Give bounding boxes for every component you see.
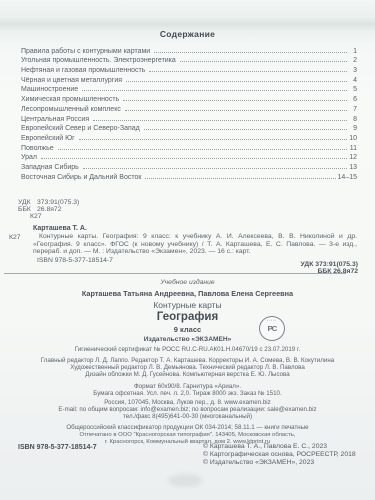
toc-item-page: 9 — [349, 125, 357, 132]
toc-leader-dots — [149, 70, 347, 72]
toc-item-label: Поволжье — [21, 145, 56, 152]
printed-line: Отпечатано в ООО "Красногорская типограф… — [0, 432, 375, 439]
toc-item-label: Лесопромышленный комплекс — [21, 106, 123, 113]
toc-item-label: Восточная Сибирь и Дальний Восток — [21, 174, 143, 181]
toc-row: Машиностроение5 — [21, 84, 357, 94]
copyright-line: © Картографическая основа, РОСРЕЕСТР, 20… — [203, 451, 356, 459]
address-line: E-mail: по общим вопросам: info@examen.b… — [0, 406, 375, 413]
toc-item-page: 10 — [349, 135, 357, 142]
footer-isbn: ISBN 978-5-377-18514-7 — [18, 444, 97, 451]
toc-item-page: 13 — [349, 164, 357, 171]
udk-right-line: УДК 373:91(075.3) — [301, 261, 358, 268]
toc-row: Чёрная и цветная металлургия4 — [21, 74, 357, 84]
toc-row: Угольная промышленность. Электроэнергети… — [21, 55, 357, 65]
toc-item-page: 6 — [349, 96, 357, 103]
format-line: Формат 60х90/8. Гарнитура «Ариал». — [0, 383, 375, 390]
toc-title: Содержание — [0, 29, 375, 39]
publisher-name: Издательство «ЭКЗАМЕН» — [0, 336, 375, 343]
udk-value: 373:91(075.3) — [37, 199, 79, 206]
copyright-block: © Карташева Т. А., Павлова Е. С., 2023 ©… — [203, 443, 356, 467]
toc-item-page: 1 — [349, 48, 357, 55]
edition-grade: 9 класс — [0, 325, 375, 334]
toc-item-page: 12 — [349, 154, 357, 161]
toc-row: Восточная Сибирь и Дальний Восток14–15 — [21, 171, 357, 181]
udk-label: УДК — [18, 199, 37, 206]
toc-leader-dots — [180, 60, 347, 62]
stamp-letters: РС — [268, 324, 277, 333]
scan-smudge-artifact — [168, 474, 202, 487]
staff-credits: Главный редактор Л. Д. Лаппо. Редактор Т… — [0, 357, 375, 379]
toc-item-page: 7 — [349, 106, 357, 113]
toc-row: Лесопромышленный комплекс7 — [21, 103, 357, 113]
toc-item-label: Западная Сибирь — [21, 164, 81, 171]
toc-item-page: 11 — [349, 145, 357, 152]
address-line: Россия, 107045, Москва, Луков пер., д. 8… — [0, 399, 375, 406]
toc-row: Центральная Россия8 — [21, 113, 357, 123]
toc-item-label: Нефтяная и газовая промышленность — [21, 67, 147, 74]
toc-leader-dots — [144, 128, 347, 130]
scanned-book-imprint-page: { "toc": { "title": "Содержание", "items… — [0, 0, 375, 500]
toc-leader-dots — [123, 99, 347, 101]
toc-row: Правила работы с контурными картами1 — [21, 45, 357, 55]
bib-author-heading: Карташева Т. А. — [33, 225, 87, 232]
table-of-contents: Правила работы с контурными картами1 Уго… — [21, 45, 357, 181]
toc-item-page: 5 — [349, 86, 357, 93]
bib-isbn: ISBN 978-5-377-18514-7 — [37, 257, 113, 264]
format-info: Формат 60х90/8. Гарнитура «Ариал». Бумаг… — [0, 383, 375, 397]
edition-type: Учебное издание — [0, 279, 375, 286]
toc-leader-dots — [93, 119, 347, 121]
bbk-label: ББК — [18, 206, 37, 213]
toc-leader-dots — [154, 51, 347, 53]
toc-leader-dots — [41, 157, 347, 159]
bbk-value: 26.8я72 — [37, 206, 61, 213]
staff-line: Художественный редактор Л. В. Демьянова.… — [0, 364, 375, 371]
address-line: тел./факс 8(495)641-00-30 (многоканальны… — [0, 413, 375, 420]
toc-item-label: Химическая промышленность — [21, 96, 121, 103]
toc-row: Урал12 — [21, 152, 357, 162]
edition-main-title: География — [0, 311, 375, 323]
bib-description: Контурные карты. География: 9 класс: к у… — [33, 233, 357, 256]
toc-item-label: Машиностроение — [21, 86, 80, 93]
toc-item-label: Угольная промышленность. Электроэнергети… — [21, 57, 178, 64]
toc-row: Европейский Юг10 — [21, 132, 357, 142]
toc-leader-dots — [126, 80, 347, 82]
edition-authors: Карташева Татьяна Андреевна, Павлова Еле… — [0, 289, 375, 298]
toc-item-label: Правила работы с контурными картами — [21, 48, 152, 55]
toc-leader-dots — [58, 148, 347, 150]
publisher-address: Россия, 107045, Москва, Луков пер., д. 8… — [0, 399, 375, 421]
toc-item-label: Урал — [21, 154, 39, 161]
stamp-arc-decoration: ••••• — [260, 318, 284, 322]
toc-row: Нефтяная и газовая промышленность3 — [21, 64, 357, 74]
toc-item-page: 4 — [349, 77, 357, 84]
toc-row: Европейский Север и Северо-Запад9 — [21, 123, 357, 133]
toc-item-page: 14–15 — [338, 174, 357, 181]
product-classifier-line: Общероссийский классификатор продукции О… — [0, 424, 375, 431]
toc-leader-dots — [145, 177, 335, 179]
bib-item-code: К27 — [9, 234, 21, 241]
bib-code: К27 — [30, 213, 79, 220]
toc-item-page: 2 — [349, 57, 357, 64]
toc-leader-dots — [82, 89, 347, 91]
staff-line: Главный редактор Л. Д. Лаппо. Редактор Т… — [0, 357, 375, 364]
toc-leader-dots — [125, 109, 347, 111]
toc-item-page: 8 — [349, 116, 357, 123]
staff-line: Дизайн обложки М. Д. Гусейнова. Компьюте… — [0, 371, 375, 378]
toc-row: Химическая промышленность6 — [21, 93, 357, 103]
toc-item-label: Чёрная и цветная металлургия — [21, 77, 124, 84]
udk-bbk-block: УДК373:91(075.3) ББК26.8я72 К27 — [18, 199, 79, 221]
format-line: Бумага офсетная. Усл. печ. л. 2,0. Тираж… — [0, 390, 375, 397]
hygiene-certificate-line: Гигиенический сертификат № РОСС RU.С-RU.… — [0, 346, 375, 353]
toc-row: Поволжье11 — [21, 142, 357, 152]
toc-item-label: Европейский Север и Северо-Запад — [21, 125, 142, 132]
toc-leader-dots — [83, 167, 347, 169]
toc-row: Западная Сибирь13 — [21, 161, 357, 171]
toc-item-page: 3 — [349, 67, 357, 74]
toc-leader-dots — [79, 138, 347, 140]
copyright-line: © Карташева Т. А., Павлова Е. С., 2023 — [203, 443, 356, 451]
copyright-line: © Издательство «ЭКЗАМЕН», 2023 — [203, 459, 356, 467]
edition-series-title: Контурные карты — [0, 300, 375, 310]
horizontal-divider — [4, 273, 346, 274]
toc-item-label: Европейский Юг — [21, 135, 77, 142]
toc-item-label: Центральная Россия — [21, 116, 91, 123]
